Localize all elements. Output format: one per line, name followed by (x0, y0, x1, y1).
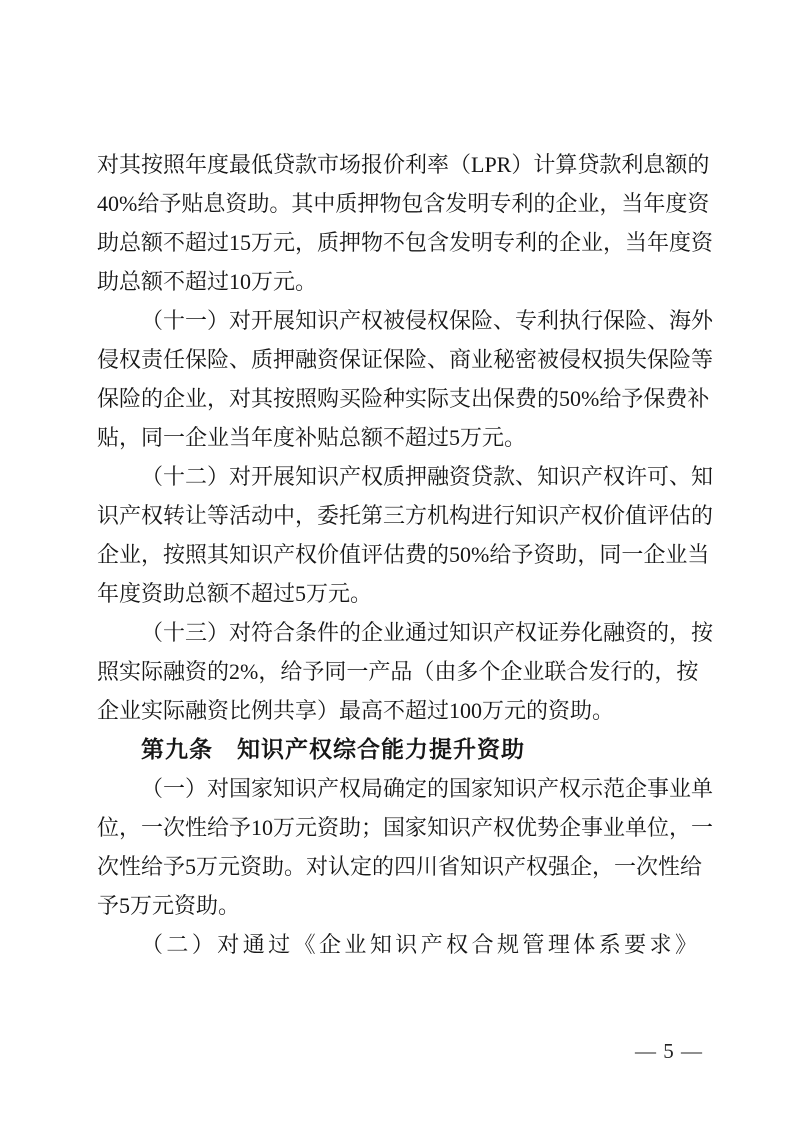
paragraph: （十一）对开展知识产权被侵权保险、专利执行保险、海外侵权责任保险、质押融资保证保… (97, 301, 697, 457)
document-page: 对其按照年度最低贷款市场报价利率（LPR）计算贷款利息额的40%给予贴息资助。其… (0, 0, 793, 1122)
text-line: 贴，同一企业当年度补贴总额不超过5万元。 (97, 418, 697, 457)
document-body: 对其按照年度最低贷款市场报价利率（LPR）计算贷款利息额的40%给予贴息资助。其… (97, 145, 697, 964)
text-line: 予5万元资助。 (97, 886, 697, 925)
text-line: 位，一次性给予10万元资助；国家知识产权优势企事业单位，一 (97, 808, 697, 847)
text-line: 助总额不超过10万元。 (97, 262, 697, 301)
text-line: 识产权转让等活动中，委托第三方机构进行知识产权价值评估的 (97, 496, 697, 535)
text-line: 企业，按照其知识产权价值评估费的50%给予资助，同一企业当 (97, 535, 697, 574)
text-line: （一）对国家知识产权局确定的国家知识产权示范企事业单 (97, 769, 697, 808)
text-line: （十二）对开展知识产权质押融资贷款、知识产权许可、知 (97, 457, 697, 496)
text-line: （十三）对符合条件的企业通过知识产权证券化融资的，按 (97, 613, 697, 652)
section-heading: 第九条 知识产权综合能力提升资助 (97, 730, 697, 769)
text-line: 照实际融资的2%，给予同一产品（由多个企业联合发行的，按 (97, 652, 697, 691)
text-line: 侵权责任保险、质押融资保证保险、商业秘密被侵权损失保险等 (97, 340, 697, 379)
text-line: （十一）对开展知识产权被侵权保险、专利执行保险、海外 (97, 301, 697, 340)
text-line: 40%给予贴息资助。其中质押物包含发明专利的企业，当年度资 (97, 184, 697, 223)
text-line: 年度资助总额不超过5万元。 (97, 574, 697, 613)
paragraph: （一）对国家知识产权局确定的国家知识产权示范企事业单位，一次性给予10万元资助；… (97, 769, 697, 925)
text-line: 次性给予5万元资助。对认定的四川省知识产权强企，一次性给 (97, 847, 697, 886)
paragraph: （十三）对符合条件的企业通过知识产权证券化融资的，按照实际融资的2%，给予同一产… (97, 613, 697, 730)
text-line: 保险的企业，对其按照购买险种实际支出保费的50%给予保费补 (97, 379, 697, 418)
text-line: 企业实际融资比例共享）最高不超过100万元的资助。 (97, 691, 697, 730)
paragraph: 对其按照年度最低贷款市场报价利率（LPR）计算贷款利息额的40%给予贴息资助。其… (97, 145, 697, 301)
heading-line: 第九条 知识产权综合能力提升资助 (97, 730, 697, 769)
text-line: 助总额不超过15万元，质押物不包含发明专利的企业，当年度资 (97, 223, 697, 262)
page-number: — 5 — (635, 1039, 703, 1063)
text-line: （二）对通过《企业知识产权合规管理体系要求》 (97, 925, 697, 964)
paragraph: （二）对通过《企业知识产权合规管理体系要求》 (97, 925, 697, 964)
text-line: 对其按照年度最低贷款市场报价利率（LPR）计算贷款利息额的 (97, 145, 697, 184)
paragraph: （十二）对开展知识产权质押融资贷款、知识产权许可、知识产权转让等活动中，委托第三… (97, 457, 697, 613)
